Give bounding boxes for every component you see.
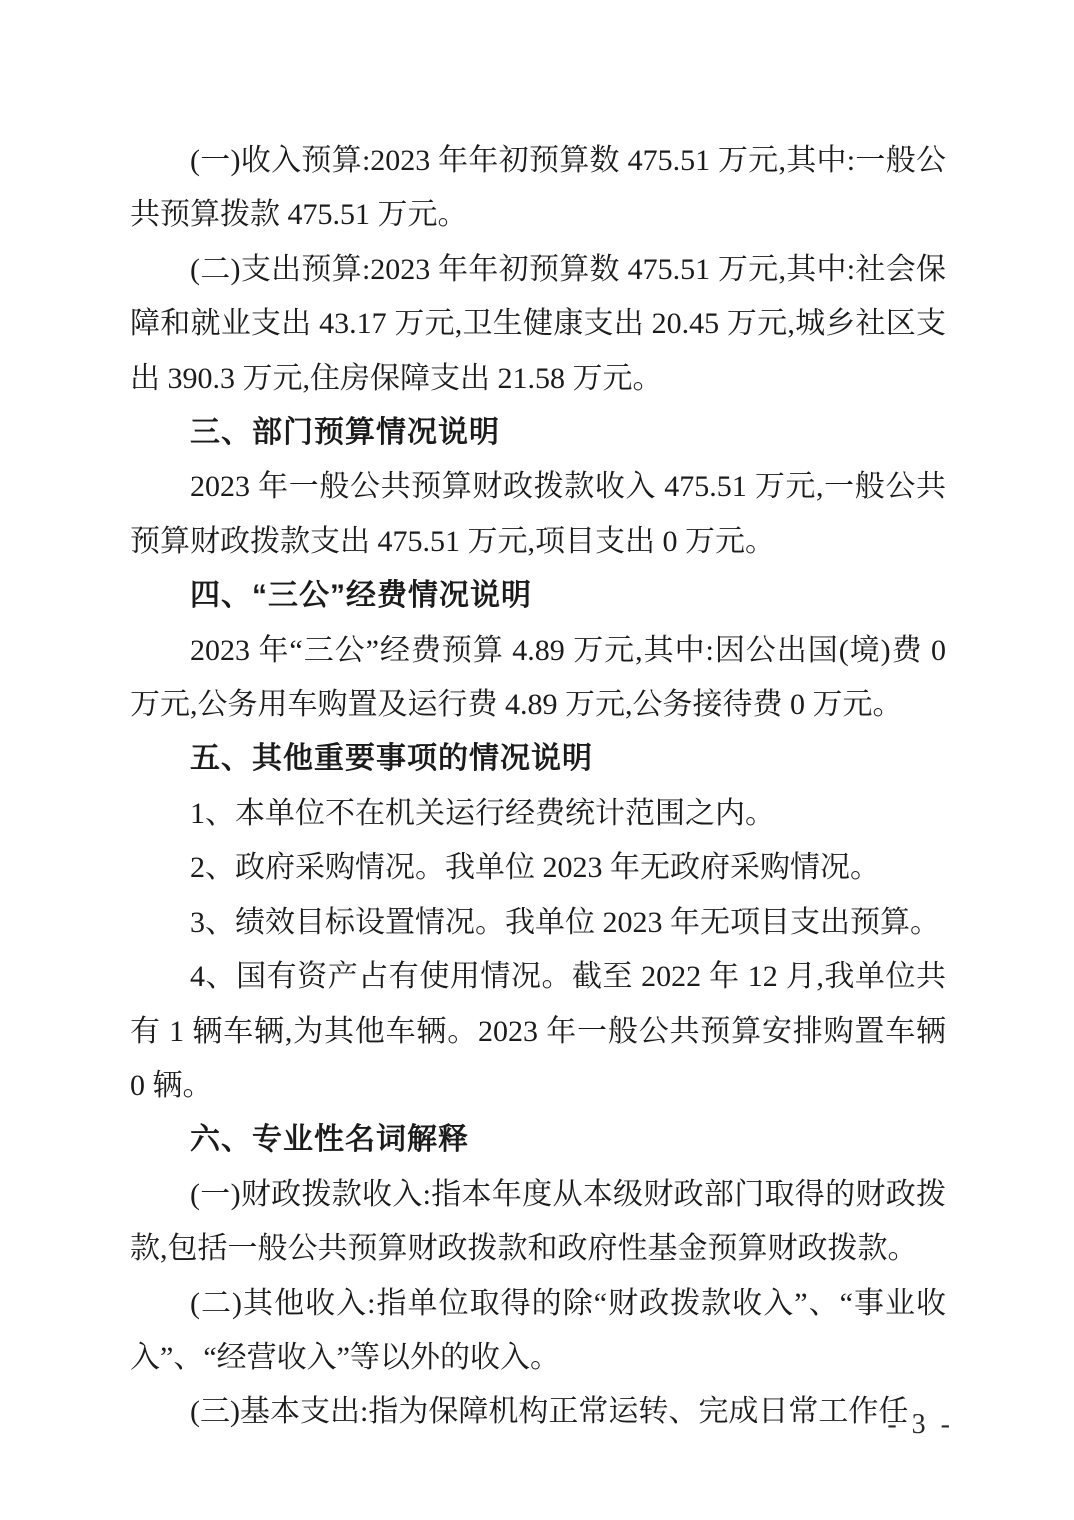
paragraph-item-performance-goals: 3、绩效目标设置情况。我单位 2023 年无项目支出预算。 <box>130 896 946 950</box>
heading-section-four-three-public-expenses: 四、“三公”经费情况说明 <box>130 569 946 623</box>
paragraph-term-other-income: (二)其他收入:指单位取得的除“财政拨款收入”、“事业收入”、“经营收入”等以外… <box>130 1277 946 1386</box>
paragraph-term-fiscal-appropriation-income: (一)财政拨款收入:指本年度从本级财政部门取得的财政拨款,包括一般公共预算财政拨… <box>130 1168 946 1277</box>
heading-section-five-other-matters: 五、其他重要事项的情况说明 <box>130 732 946 786</box>
paragraph-income-budget: (一)收入预算:2023 年年初预算数 475.51 万元,其中:一般公共预算拨… <box>130 134 946 243</box>
paragraph-term-basic-expenditure: (三)基本支出:指为保障机构正常运转、完成日常工作任 <box>130 1385 946 1439</box>
paragraph-item-government-procurement: 2、政府采购情况。我单位 2023 年无政府采购情况。 <box>130 841 946 895</box>
document-page: (一)收入预算:2023 年年初预算数 475.51 万元,其中:一般公共预算拨… <box>0 0 1074 1520</box>
paragraph-expenditure-budget: (二)支出预算:2023 年年初预算数 475.51 万元,其中:社会保障和就业… <box>130 243 946 406</box>
paragraph-three-public-expenses-detail: 2023 年“三公”经费预算 4.89 万元,其中:因公出国(境)费 0 万元,… <box>130 624 946 733</box>
paragraph-department-budget-detail: 2023 年一般公共预算财政拨款收入 475.51 万元,一般公共预算财政拨款支… <box>130 460 946 569</box>
heading-section-six-terminology: 六、专业性名词解释 <box>130 1113 946 1167</box>
heading-section-three-department-budget: 三、部门预算情况说明 <box>130 406 946 460</box>
document-body: (一)收入预算:2023 年年初预算数 475.51 万元,其中:一般公共预算拨… <box>130 134 946 1440</box>
page-footer: - 3 - <box>887 1408 954 1442</box>
paragraph-item-agency-operation: 1、本单位不在机关运行经费统计范围之内。 <box>130 787 946 841</box>
page-number: - 3 - <box>887 1409 954 1440</box>
paragraph-item-state-assets: 4、国有资产占有使用情况。截至 2022 年 12 月,我单位共有 1 辆车辆,… <box>130 950 946 1113</box>
